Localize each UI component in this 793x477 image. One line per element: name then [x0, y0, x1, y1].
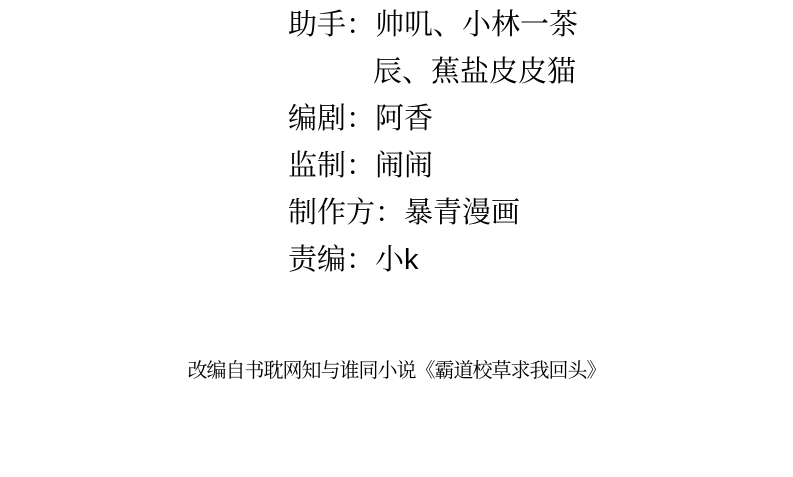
credit-line-editor: 责编：小k: [288, 237, 578, 284]
adaptation-note: 改编自书耽网知与谁同小说《霸道校草求我回头》: [0, 357, 793, 385]
credit-line-assistants-continued: 辰、蕉盐皮皮猫: [288, 49, 578, 96]
credit-line-producer: 制作方：暴青漫画: [288, 190, 578, 237]
credits-block: 助手：帅叽、小林一茶 辰、蕉盐皮皮猫 编剧：阿香 监制：闹闹 制作方：暴青漫画 …: [288, 2, 578, 284]
credit-line-screenwriter: 编剧：阿香: [288, 96, 578, 143]
credit-line-assistants: 助手：帅叽、小林一茶: [288, 2, 578, 49]
credit-line-supervisor: 监制：闹闹: [288, 143, 578, 190]
